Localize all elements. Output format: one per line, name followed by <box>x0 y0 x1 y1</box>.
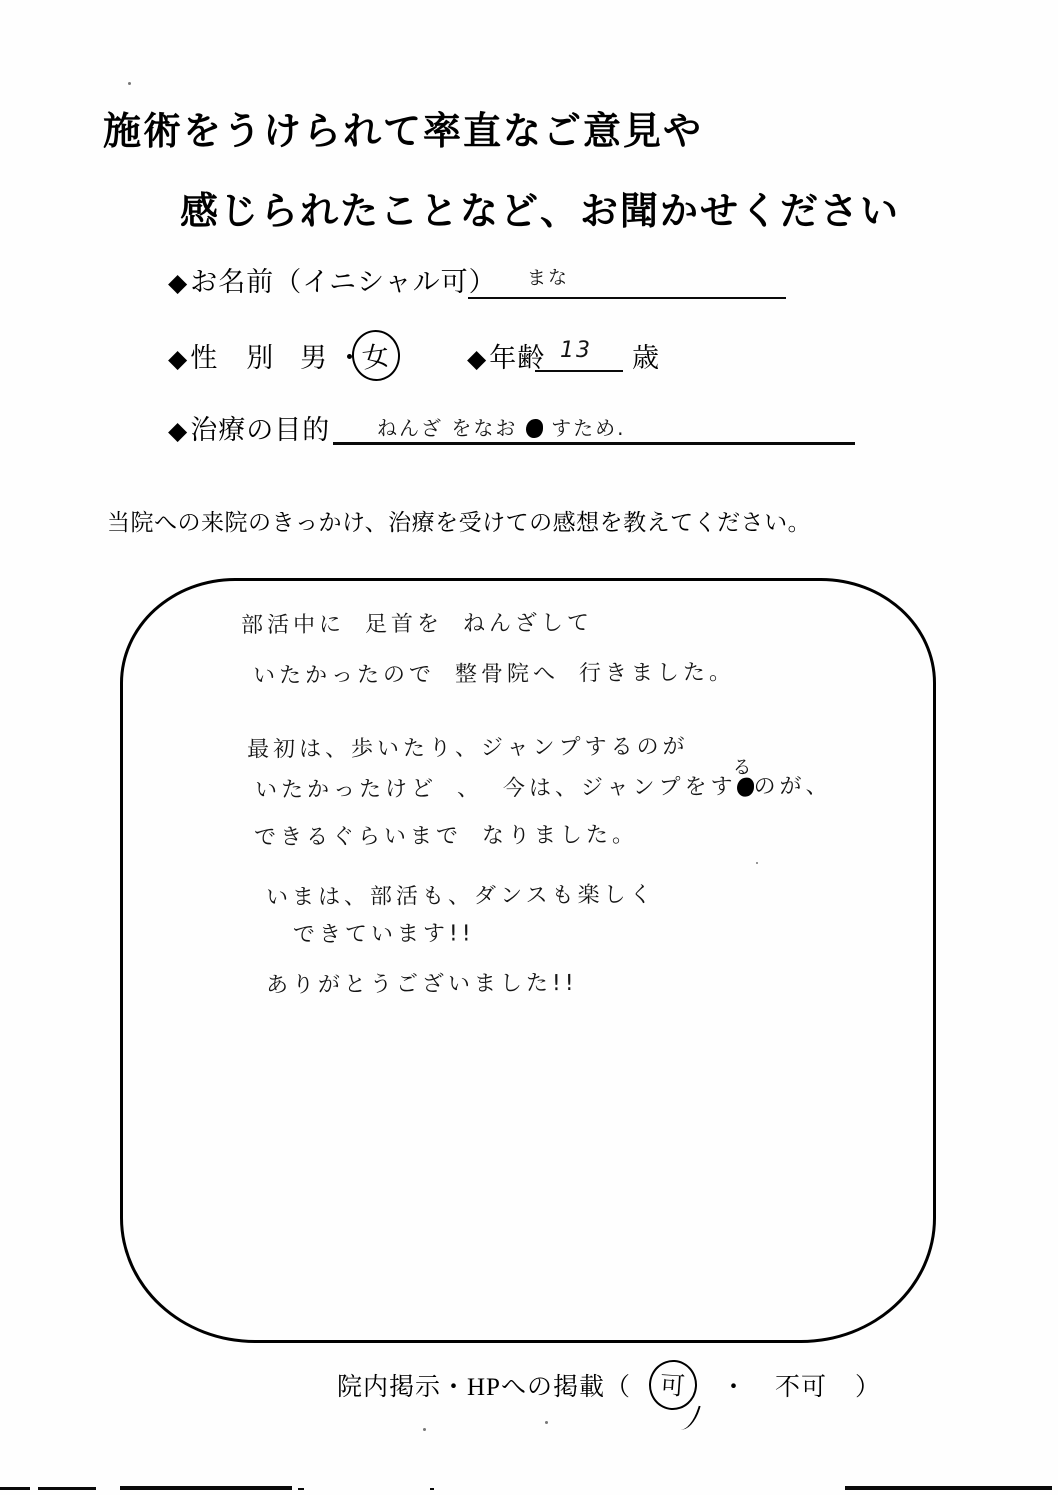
diamond-icon: ◆ <box>467 346 487 373</box>
purpose-field-value: ねんざ をなお ● すため. <box>377 412 625 441</box>
ink-blot-icon: ● <box>526 419 543 438</box>
form-title-line2: 感じられたことなど、お聞かせください <box>180 180 900 235</box>
age-field-value: 13 <box>560 338 592 363</box>
age-unit-label: 歳 <box>632 336 660 375</box>
form-title-line1: 施術をうけられて率直なご意見や <box>103 100 703 155</box>
comment-line: できるぐらいまで なりました。 <box>254 818 638 852</box>
diamond-icon: ◆ <box>168 346 188 373</box>
scan-artifact-line <box>38 1487 96 1490</box>
publish-option-deny: 不可 <box>775 1367 827 1403</box>
comment-line: いまは、部活も、ダンスも楽しく <box>266 878 656 912</box>
comment-line: できています!! <box>293 916 475 948</box>
comment-line: 最初は、歩いたり、ジャンプするのが <box>247 729 689 763</box>
comment-prompt: 当院への来院のきっかけ、治療を受けての感想を教えてください。 <box>107 504 811 537</box>
name-field-value: まな <box>527 263 569 291</box>
gender-option-female-circled: 女 <box>348 330 400 381</box>
comment-line: ありがとうございました!! <box>266 966 578 999</box>
scan-artifact-line <box>845 1486 1052 1490</box>
comment-line-with-correction: いたかったけど 、 今は、ジャンプをする●のが、 <box>255 769 832 804</box>
name-field-underline <box>468 297 786 299</box>
correction: る● <box>736 775 753 800</box>
publish-option-allow: 可 <box>659 1372 687 1401</box>
age-field-underline <box>535 370 623 372</box>
scan-speck <box>423 1428 426 1431</box>
scan-artifact-line <box>430 1488 434 1490</box>
comment-line: 部活中に 足首を ねんざして <box>241 606 593 639</box>
purpose-field-underline <box>333 442 855 445</box>
scan-artifact-line <box>120 1486 292 1490</box>
scan-artifact-line <box>0 1487 30 1490</box>
publish-option-separator: ・ <box>721 1367 747 1403</box>
scanned-feedback-form: 施術をうけられて率直なご意見や 感じられたことなど、お聞かせください ◆お名前（… <box>0 0 1058 1495</box>
publish-consent-line: 院内掲示・HPへの掲載（ 可 ・ 不可 ） <box>337 1360 881 1410</box>
gender-option-male: 男 <box>300 336 328 375</box>
ink-blot-icon: ● <box>737 778 754 797</box>
publish-consent-close-paren: ） <box>855 1367 881 1403</box>
publish-consent-label: 院内掲示・HPへの掲載（ <box>337 1367 631 1403</box>
purpose-field-label: ◆治療の目的 <box>168 408 330 447</box>
scan-speck <box>545 1421 548 1424</box>
gender-field-label: ◆性 別 <box>168 336 274 375</box>
handwritten-circle: 女 <box>349 327 403 383</box>
inserted-char: る <box>732 753 751 780</box>
name-field-label: ◆お名前（イニシャル可） <box>168 260 497 299</box>
comment-box: 部活中に 足首を ねんざして いたかったので 整骨院へ 行きました。 最初は、歩… <box>120 578 936 1343</box>
diamond-icon: ◆ <box>168 418 188 445</box>
scan-speck <box>128 82 131 85</box>
age-field-label: ◆年齢 <box>467 336 545 375</box>
scan-speck <box>756 862 758 864</box>
diamond-icon: ◆ <box>168 270 188 297</box>
comment-line: いたかったので 整骨院へ 行きました。 <box>253 655 735 689</box>
scan-artifact-line <box>298 1488 304 1490</box>
handwritten-circle-allow: 可 <box>647 1358 698 1411</box>
